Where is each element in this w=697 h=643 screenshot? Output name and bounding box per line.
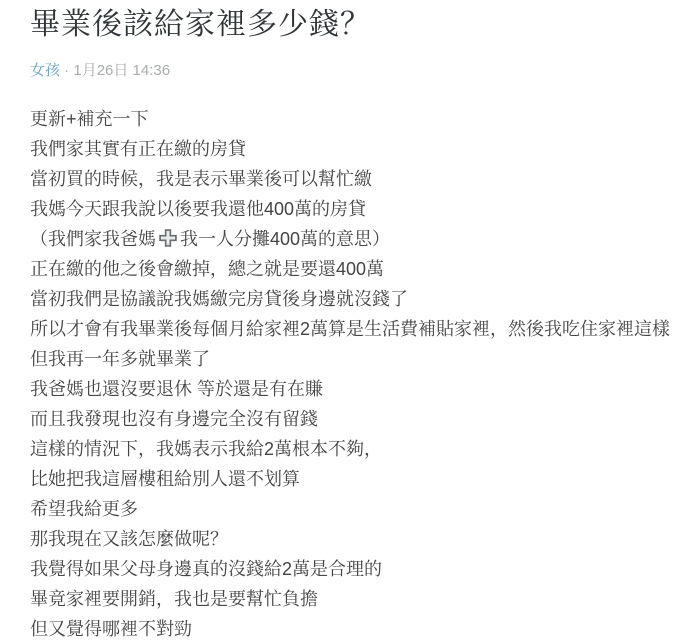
post-body-line: 我覺得如果父母身邊真的沒錢給2萬是合理的 <box>30 554 677 584</box>
post-body-line: 正在繳的他之後會繳掉，總之就是要還400萬 <box>30 254 677 284</box>
post-body-line: 這樣的情況下，我媽表示我給2萬根本不夠， <box>30 434 677 464</box>
post-body-line: 當初我們是協議說我媽繳完房貸後身邊就沒錢了 <box>30 284 677 314</box>
post-body-line: 所以才會有我畢業後每個月給家裡2萬算是生活費補貼家裡，然後我吃住家裡這樣 <box>30 314 677 344</box>
post-body-line: 但我再一年多就畢業了 <box>30 344 677 374</box>
post-body: 更新+補充一下我們家其實有正在繳的房貸當初買的時候，我是表示畢業後可以幫忙繳我媽… <box>30 104 677 643</box>
post-body-line: 更新+補充一下 <box>30 104 677 134</box>
post-body-line: 那我現在又該怎麼做呢？ <box>30 524 677 554</box>
post-body-line: 我爸媽也還沒要退休 等於還是有在賺 <box>30 374 677 404</box>
post-body-line: 當初買的時候，我是表示畢業後可以幫忙繳 <box>30 164 677 194</box>
post-body-line: 希望我給更多 <box>30 494 677 524</box>
post-meta: 女孩 · 1月26日 14:36 <box>30 61 677 81</box>
post-body-line: 而且我發現也沒有身邊完全沒有留錢 <box>30 404 677 434</box>
post-body-line: 畢竟家裡要開銷，我也是要幫忙負擔 <box>30 584 677 614</box>
post-body-line: （我們家我爸媽我一人分攤400萬的意思） <box>30 224 677 254</box>
meta-separator: · <box>60 62 73 79</box>
post-body-line: 我們家其實有正在繳的房貸 <box>30 134 677 164</box>
post-body-line: 比她把我這層樓租給別人還不划算 <box>30 464 677 494</box>
plus-icon <box>158 228 178 248</box>
post-timestamp: 1月26日 14:36 <box>73 62 170 79</box>
post-body-line: 我媽今天跟我說以後要我還他400萬的房貸 <box>30 194 677 224</box>
post-title: 畢業後該給家裡多少錢？ <box>30 6 677 44</box>
post-container: 畢業後該給家裡多少錢？ 女孩 · 1月26日 14:36 更新+補充一下我們家其… <box>0 0 697 643</box>
author-gender-label: 女孩 <box>30 62 60 79</box>
post-body-line: 但又覺得哪裡不對勁 <box>30 614 677 643</box>
